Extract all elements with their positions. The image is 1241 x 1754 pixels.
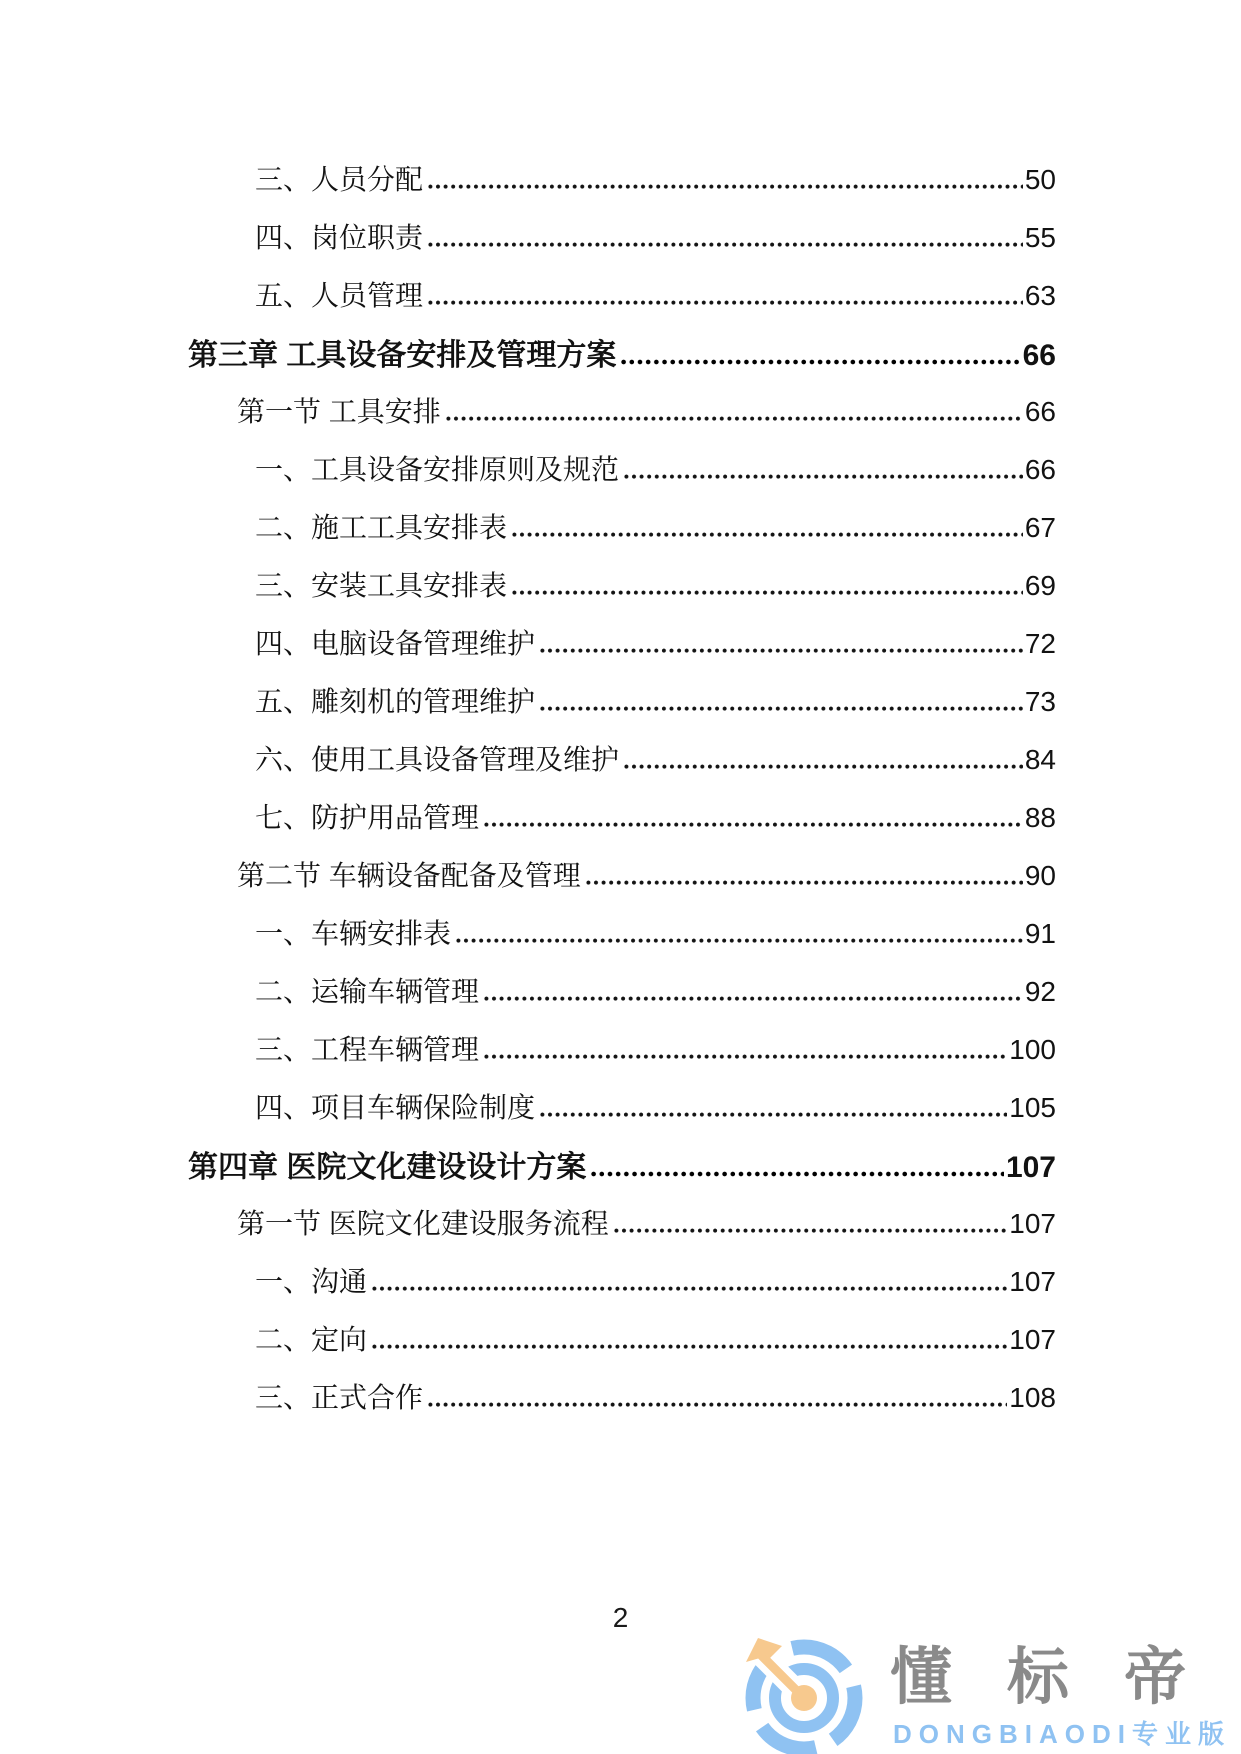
- toc-entry[interactable]: 第一节 医院文化建设服务流程 107: [188, 1186, 1056, 1244]
- toc-entry-page: 63: [1025, 280, 1056, 312]
- toc-entry-page: 73: [1025, 686, 1056, 718]
- dot-leader: [624, 764, 1023, 769]
- toc-entry[interactable]: 第二节 车辆设备配备及管理 90: [188, 838, 1056, 896]
- toc-entry[interactable]: 七、防护用品管理 88: [188, 780, 1056, 838]
- toc-entry-title: 二、运输车辆管理: [255, 970, 479, 1010]
- toc-entry-title: 七、防护用品管理: [255, 796, 479, 836]
- dot-leader: [512, 590, 1023, 595]
- dot-leader: [428, 242, 1023, 247]
- toc-entry[interactable]: 第四章 医院文化建设设计方案 107: [188, 1128, 1056, 1186]
- dot-leader: [621, 359, 1020, 365]
- dot-leader: [591, 1171, 1004, 1177]
- toc-entry-title: 五、雕刻机的管理维护: [255, 680, 535, 720]
- dot-leader: [624, 474, 1023, 479]
- toc-entry-title: 三、正式合作: [255, 1376, 423, 1416]
- dot-leader: [372, 1344, 1007, 1349]
- dot-leader: [446, 416, 1023, 421]
- dot-leader: [540, 648, 1023, 653]
- toc-entry-title: 三、人员分配: [255, 158, 423, 198]
- toc-entry-page: 88: [1025, 802, 1056, 834]
- toc-entry-page: 84: [1025, 744, 1056, 776]
- toc-entry[interactable]: 三、正式合作 108: [188, 1360, 1056, 1418]
- dot-leader: [372, 1286, 1007, 1291]
- toc-entry-page: 66: [1023, 339, 1056, 373]
- dot-leader: [484, 822, 1023, 827]
- toc-entry[interactable]: 二、施工工具安排表 67: [188, 490, 1056, 548]
- toc-entry[interactable]: 四、项目车辆保险制度 105: [188, 1070, 1056, 1128]
- toc-entry-page: 72: [1025, 628, 1056, 660]
- toc-entry-title: 三、安装工具安排表: [255, 564, 507, 604]
- dot-leader: [586, 880, 1023, 885]
- toc-entry-page: 66: [1025, 396, 1056, 428]
- toc-entry[interactable]: 二、定向 107: [188, 1302, 1056, 1360]
- dot-leader: [428, 300, 1023, 305]
- toc-entry-title: 第二节 车辆设备配备及管理: [237, 854, 581, 894]
- toc-entry-page: 107: [1009, 1266, 1056, 1298]
- toc-entry[interactable]: 二、运输车辆管理 92: [188, 954, 1056, 1012]
- toc-list: 三、人员分配 50 四、岗位职责 55 五、人员管理 63 第三章 工具设备安排…: [188, 142, 1056, 1418]
- dot-leader: [484, 996, 1023, 1001]
- toc-entry-title: 一、车辆安排表: [255, 912, 451, 952]
- toc-entry-title: 二、施工工具安排表: [255, 506, 507, 546]
- target-dart-icon: [738, 1632, 866, 1754]
- dot-leader: [614, 1228, 1008, 1233]
- toc-entry-page: 66: [1025, 454, 1056, 486]
- toc-entry-title: 四、项目车辆保险制度: [255, 1086, 535, 1126]
- toc-entry[interactable]: 四、电脑设备管理维护 72: [188, 606, 1056, 664]
- toc-entry-page: 107: [1009, 1324, 1056, 1356]
- toc-entry[interactable]: 五、人员管理 63: [188, 258, 1056, 316]
- dot-leader: [540, 1112, 1007, 1117]
- toc-entry-title: 五、人员管理: [255, 274, 423, 314]
- toc-entry-page: 69: [1025, 570, 1056, 602]
- toc-entry[interactable]: 三、人员分配 50: [188, 142, 1056, 200]
- toc-entry-page: 90: [1025, 860, 1056, 892]
- dot-leader: [456, 938, 1023, 943]
- watermark: 懂标帝 DONGBIAODI专业版: [738, 1630, 1208, 1754]
- toc-entry[interactable]: 一、工具设备安排原则及规范 66: [188, 432, 1056, 490]
- dot-leader: [428, 184, 1023, 189]
- toc-entry-page: 107: [1009, 1208, 1056, 1240]
- toc-entry[interactable]: 一、车辆安排表 91: [188, 896, 1056, 954]
- toc-entry[interactable]: 三、安装工具安排表 69: [188, 548, 1056, 606]
- toc-entry[interactable]: 三、工程车辆管理 100: [188, 1012, 1056, 1070]
- toc-entry[interactable]: 五、雕刻机的管理维护 73: [188, 664, 1056, 722]
- toc-entry-title: 二、定向: [255, 1318, 367, 1358]
- document-page: 三、人员分配 50 四、岗位职责 55 五、人员管理 63 第三章 工具设备安排…: [0, 0, 1241, 1754]
- toc-entry-title: 四、电脑设备管理维护: [255, 622, 535, 662]
- toc-entry-page: 92: [1025, 976, 1056, 1008]
- toc-entry-page: 108: [1009, 1382, 1056, 1414]
- toc-entry-title: 第三章 工具设备安排及管理方案: [188, 330, 616, 374]
- toc-entry-title: 四、岗位职责: [255, 216, 423, 256]
- toc-entry-title: 六、使用工具设备管理及维护: [255, 738, 619, 778]
- toc-entry-page: 107: [1006, 1151, 1056, 1185]
- toc-entry-page: 100: [1009, 1034, 1056, 1066]
- watermark-brand: 懂标帝: [890, 1646, 1241, 1710]
- toc-entry[interactable]: 六、使用工具设备管理及维护 84: [188, 722, 1056, 780]
- toc-entry[interactable]: 四、岗位职责 55: [188, 200, 1056, 258]
- toc-entry[interactable]: 第一节 工具安排 66: [188, 374, 1056, 432]
- watermark-tagline: DONGBIAODI专业版: [893, 1720, 1231, 1748]
- toc-entry-page: 50: [1025, 164, 1056, 196]
- toc-entry-title: 第四章 医院文化建设设计方案: [188, 1142, 586, 1186]
- toc-entry[interactable]: 一、沟通 107: [188, 1244, 1056, 1302]
- toc-entry-title: 一、沟通: [255, 1260, 367, 1300]
- toc-entry-page: 55: [1025, 222, 1056, 254]
- toc-entry-page: 91: [1025, 918, 1056, 950]
- dot-leader: [540, 706, 1023, 711]
- toc-entry-page: 67: [1025, 512, 1056, 544]
- toc-entry-title: 一、工具设备安排原则及规范: [255, 448, 619, 488]
- toc-entry-title: 第一节 医院文化建设服务流程: [237, 1202, 609, 1242]
- dot-leader: [512, 532, 1023, 537]
- toc-entry[interactable]: 第三章 工具设备安排及管理方案 66: [188, 316, 1056, 374]
- toc-entry-title: 第一节 工具安排: [237, 390, 441, 430]
- dot-leader: [484, 1054, 1007, 1059]
- toc-entry-page: 105: [1009, 1092, 1056, 1124]
- dot-leader: [428, 1402, 1007, 1407]
- toc-entry-title: 三、工程车辆管理: [255, 1028, 479, 1068]
